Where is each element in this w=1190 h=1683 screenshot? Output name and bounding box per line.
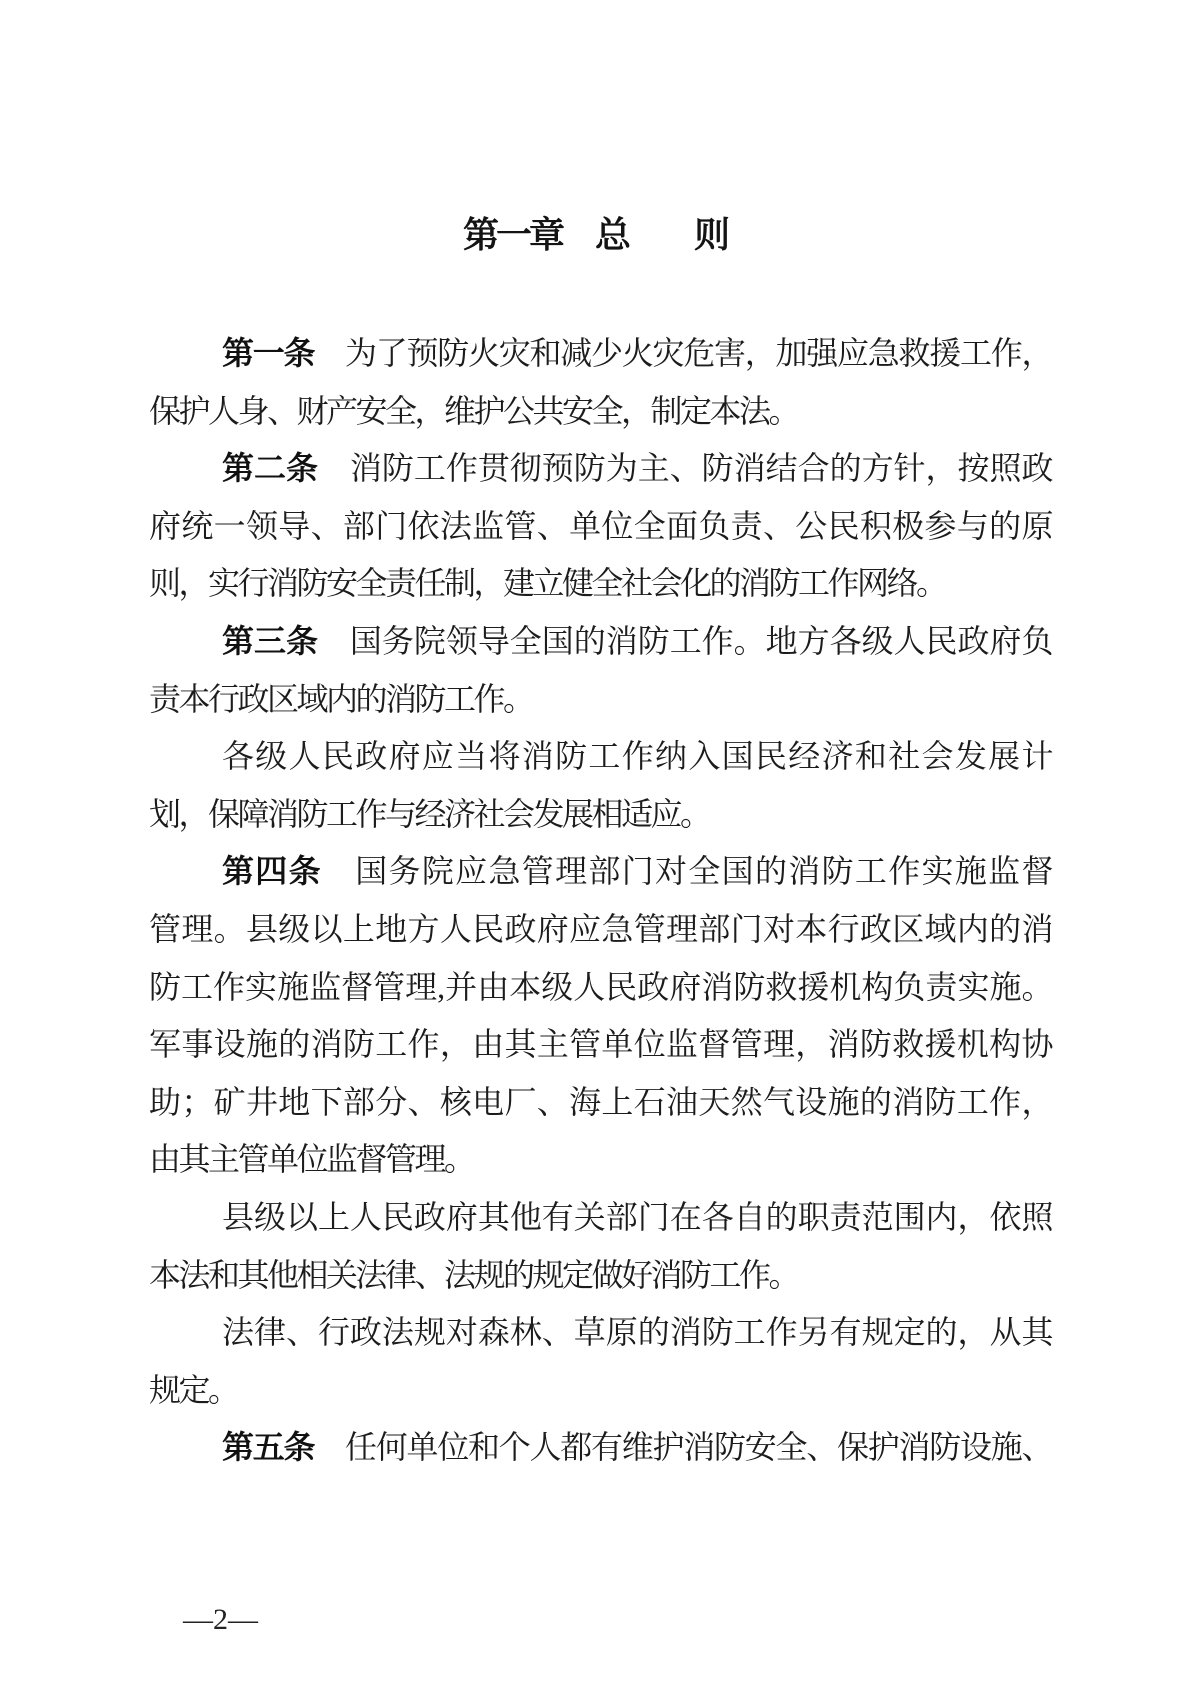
text-segment: 国务院应急管理部门对全国的消防工作实施监督 bbox=[322, 853, 1049, 889]
article-number: 第三条 bbox=[222, 623, 318, 659]
text-line: 本法和其他相关法律、法规的规定做好消防工作。 bbox=[149, 1247, 1049, 1305]
text-line: 保护人身、财产安全，维护公共安全，制定本法。 bbox=[149, 383, 1049, 441]
article-number: 第五条 bbox=[222, 1429, 314, 1465]
text-line: 第一条 为了预防火灾和减少火灾危害，加强应急救援工作， bbox=[149, 325, 1049, 383]
article-number: 第二条 bbox=[222, 450, 318, 486]
text-segment: 消防工作贯彻预防为主、防消结合的方针，按照政 bbox=[318, 450, 1049, 486]
text-line: 军事设施的消防工作，由其主管单位监督管理，消防救援机构协 bbox=[149, 1016, 1049, 1074]
text-segment: 法律、行政法规对森林、草原的消防工作另有规定的，从其 bbox=[222, 1314, 1049, 1350]
text-segment: 为了预防火灾和减少火灾危害，加强应急救援工作， bbox=[314, 335, 1049, 371]
article-number: 第一条 bbox=[222, 335, 314, 371]
text-segment: 保护人身、财产安全，维护公共安全，制定本法。 bbox=[149, 393, 798, 429]
text-line: 府统一领导、部门依法监管、单位全面负责、公民积极参与的原 bbox=[149, 498, 1049, 556]
text-segment: 划，保障消防工作与经济社会发展相适应。 bbox=[149, 796, 710, 832]
page-number: —2— bbox=[183, 1600, 258, 1640]
article-number: 第四条 bbox=[222, 853, 322, 889]
text-segment: 由其主管单位监督管理。 bbox=[149, 1141, 474, 1177]
text-line: 第三条 国务院领导全国的消防工作。地方各级人民政府负 bbox=[149, 613, 1049, 671]
text-line: 则，实行消防安全责任制，建立健全社会化的消防工作网络。 bbox=[149, 555, 1049, 613]
text-line: 责本行政区域内的消防工作。 bbox=[149, 671, 1049, 729]
text-segment: 县级以上人民政府其他有关部门在各自的职责范围内，依照 bbox=[222, 1199, 1049, 1235]
document-body: 第一条 为了预防火灾和减少火灾危害，加强应急救援工作，保护人身、财产安全，维护公… bbox=[149, 325, 1049, 1477]
text-line: 划，保障消防工作与经济社会发展相适应。 bbox=[149, 786, 1049, 844]
text-line: 防工作实施监督管理,并由本级人民政府消防救援机构负责实施。 bbox=[149, 959, 1049, 1017]
text-line: 第五条 任何单位和个人都有维护消防安全、保护消防设施、 bbox=[149, 1419, 1049, 1477]
text-segment: 本法和其他相关法律、法规的规定做好消防工作。 bbox=[149, 1257, 798, 1293]
text-segment: 则，实行消防安全责任制，建立健全社会化的消防工作网络。 bbox=[149, 565, 946, 601]
text-segment: 责本行政区域内的消防工作。 bbox=[149, 681, 533, 717]
text-line: 各级人民政府应当将消防工作纳入国民经济和社会发展计 bbox=[149, 728, 1049, 786]
text-line: 法律、行政法规对森林、草原的消防工作另有规定的，从其 bbox=[149, 1304, 1049, 1362]
text-segment: 助；矿井地下部分、核电厂、海上石油天然气设施的消防工作， bbox=[149, 1084, 1049, 1120]
text-line: 助；矿井地下部分、核电厂、海上石油天然气设施的消防工作， bbox=[149, 1074, 1049, 1132]
text-line: 第二条 消防工作贯彻预防为主、防消结合的方针，按照政 bbox=[149, 440, 1049, 498]
text-line: 管理。县级以上地方人民政府应急管理部门对本行政区域内的消 bbox=[149, 901, 1049, 959]
chapter-title: 第一章 总 则 bbox=[0, 214, 1190, 256]
text-line: 规定。 bbox=[149, 1362, 1049, 1420]
text-segment: 管理。县级以上地方人民政府应急管理部门对本行政区域内的消 bbox=[149, 911, 1049, 947]
text-line: 由其主管单位监督管理。 bbox=[149, 1131, 1049, 1189]
text-line: 县级以上人民政府其他有关部门在各自的职责范围内，依照 bbox=[149, 1189, 1049, 1247]
text-line: 第四条 国务院应急管理部门对全国的消防工作实施监督 bbox=[149, 843, 1049, 901]
text-segment: 规定。 bbox=[149, 1372, 238, 1408]
text-segment: 府统一领导、部门依法监管、单位全面负责、公民积极参与的原 bbox=[149, 508, 1049, 544]
text-segment: 各级人民政府应当将消防工作纳入国民经济和社会发展计 bbox=[222, 738, 1049, 774]
text-segment: 防工作实施监督管理,并由本级人民政府消防救援机构负责实施。 bbox=[149, 969, 1049, 1005]
text-segment: 任何单位和个人都有维护消防安全、保护消防设施、 bbox=[314, 1429, 1049, 1465]
text-segment: 军事设施的消防工作，由其主管单位监督管理，消防救援机构协 bbox=[149, 1026, 1049, 1062]
text-segment: 国务院领导全国的消防工作。地方各级人民政府负 bbox=[318, 623, 1049, 659]
document-page: 第一章 总 则 第一条 为了预防火灾和减少火灾危害，加强应急救援工作，保护人身、… bbox=[0, 0, 1190, 1683]
